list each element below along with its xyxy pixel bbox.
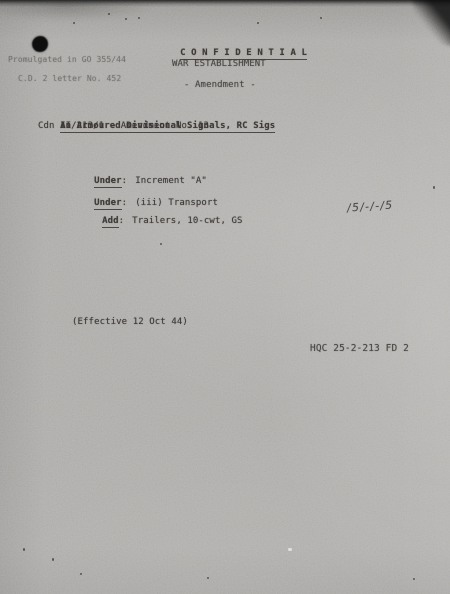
dust-speck	[433, 186, 435, 189]
dust-speck	[73, 22, 75, 24]
establishment-number: Cdn II/213/1 - Amendment No. 13	[38, 121, 209, 131]
dust-speck	[320, 17, 322, 19]
ink-blot	[32, 36, 48, 52]
top-left-smudge	[0, 0, 220, 26]
dust-speck	[257, 22, 259, 24]
classification-text: C O N F I D E N T I A L	[180, 48, 307, 60]
effective-date: (Effective 12 Oct 44)	[72, 317, 188, 327]
entry-colon: :	[122, 176, 128, 186]
amendment-subtitle: - Amendment -	[184, 80, 256, 90]
dust-speck	[23, 548, 25, 551]
dust-speck	[52, 558, 54, 561]
entry-text: Increment "A"	[135, 176, 207, 186]
entry-colon: :	[119, 216, 125, 226]
promulgation-stamp-line1: Promulgated in GO 355/44	[8, 55, 126, 65]
war-establishment-title: WAR ESTABLISHMENT	[172, 59, 266, 69]
pencil-annotation: /5/-/-/5	[347, 198, 394, 214]
page-corner-curl	[412, 0, 450, 46]
entry-label: Add	[102, 216, 119, 228]
dust-speck	[138, 17, 140, 19]
dust-speck	[125, 18, 127, 20]
dust-speck	[108, 13, 110, 15]
document-photo: C O N F I D E N T I A L Promulgated in G…	[0, 0, 450, 594]
promulgation-stamp-line2: C.D. 2 letter No. 452	[18, 74, 121, 84]
dust-speck	[160, 243, 162, 245]
entry-row-add-trailers: Add:Trailers, 10-cwt, GS	[80, 206, 243, 236]
file-reference: HQC 25-2-213 FD 2	[310, 344, 409, 354]
dust-speck	[413, 578, 415, 580]
dust-speck	[207, 577, 209, 579]
entry-text: Trailers, 10-cwt, GS	[132, 216, 242, 226]
dust-speck	[80, 573, 82, 575]
entry-label: Under	[94, 176, 122, 188]
scratch-mark	[288, 548, 292, 551]
